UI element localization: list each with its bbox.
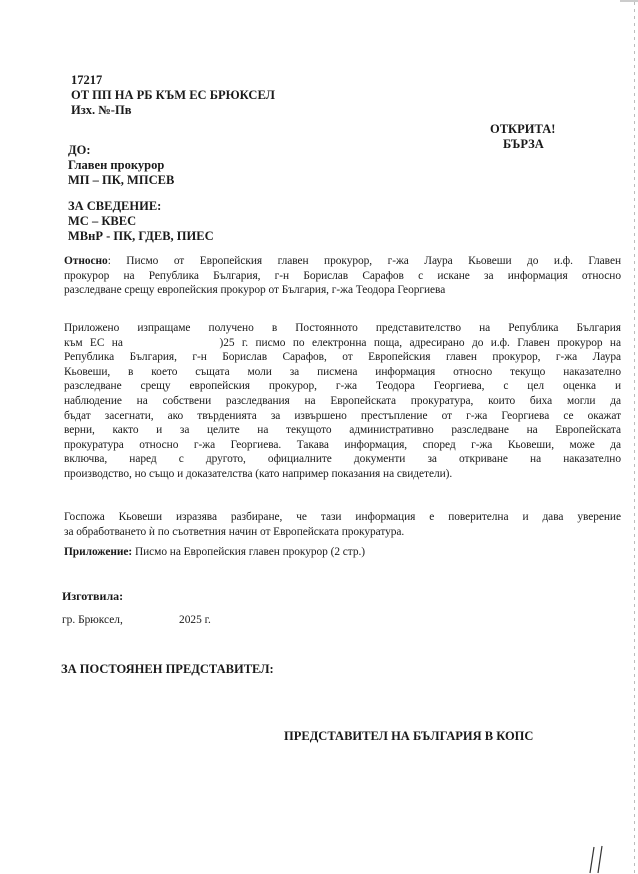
body-line: за обработването ѝ по съответния начин о… [64,525,621,540]
body-line: верни, както и за целите на текущото адм… [64,423,621,438]
scan-edge-line [634,2,635,874]
subject: Относно: Писмо от Европейския главен про… [64,254,621,298]
reference-number: Изх. №-Пв [71,103,131,118]
body-line: включва, наред с другото, официалните до… [64,452,621,467]
to-copy: МП – ПК, МПСЕВ [68,173,174,188]
representative-title: ПРЕДСТАВИТЕЛ НА БЪЛГАРИЯ В КОПС [284,729,533,744]
body-line: към ЕС на )25 г. писмо по електронна пощ… [64,336,621,351]
to-label: ДО: [68,143,91,158]
scan-edge-top [620,0,638,2]
body-line: Кьовеши, в което същата моли за писмена … [64,365,621,380]
body-line: разследване срещу европейския прокурор, … [64,379,621,394]
place: гр. Брюксел, [62,614,123,626]
attachment-text: Писмо на Европейския главен прокурор (2 … [132,546,365,558]
classification-open: ОТКРИТА! [490,122,555,137]
subject-line: : Писмо от Европейския главен прокурор, … [108,255,621,267]
sender: ОТ ПП НА РБ КЪМ ЕС БРЮКСЕЛ [71,88,275,103]
subject-line: разследване срещу европейския прокурор о… [64,283,621,298]
date: 2025 г. [179,614,211,626]
info-label: ЗА СВЕДЕНИЕ: [68,199,161,214]
to-recipient: Главен прокурор [68,158,164,173]
body-line: Република България, г-н Борислав Сарафов… [64,350,621,365]
subject-label: Относно [64,255,108,267]
info-line-1: МС – КВЕС [68,214,136,229]
body-line: бъдат засегнати, ако твърденията за извъ… [64,409,621,424]
subject-line: прокурор на Република България, г-н Бори… [64,269,621,284]
body-line: производство, но също и доказателства (к… [64,467,621,482]
classification-urgent: БЪРЗА [503,137,544,152]
body-line: прокуратура относно г-жа Георгиева. Така… [64,438,621,453]
body-line: наблюдение на собствени разследвания на … [64,394,621,409]
body-line: Приложено изпращаме получено в Постоянно… [64,321,621,336]
handwritten-page-mark [588,845,610,874]
attachment: Приложение: Писмо на Европейския главен … [64,545,621,560]
info-line-2: МВнР - ПК, ГДЕВ, ПИЕС [68,229,214,244]
attachment-label: Приложение: [64,546,132,558]
body-line: Госпожа Кьовеши изразява разбиране, че т… [64,510,621,525]
for-representative-label: ЗА ПОСТОЯНЕН ПРЕДСТАВИТЕЛ: [61,662,274,677]
body-paragraph-2: Госпожа Кьовеши изразява разбиране, че т… [64,510,621,539]
prepared-by-label: Изготвила: [62,589,123,604]
document-number: 17217 [71,73,102,88]
body-paragraph-1: Приложено изпращаме получено в Постоянно… [64,321,621,482]
